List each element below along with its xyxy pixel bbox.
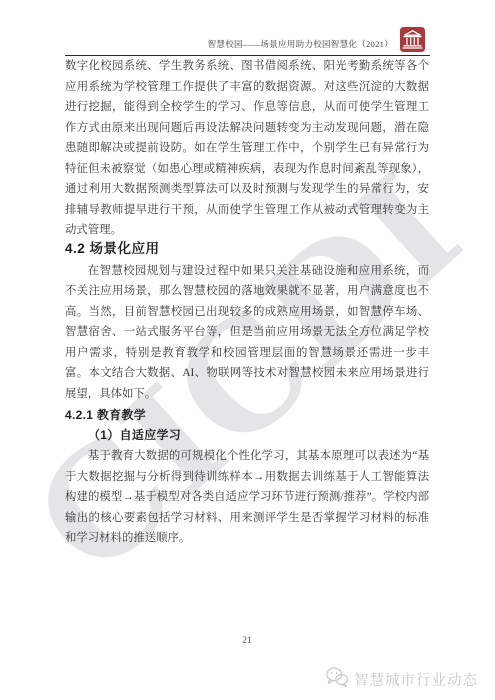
page-number: 21: [65, 636, 429, 646]
brand-name: 智慧城市行业动态: [354, 669, 478, 690]
header-running-title: 智慧校园——场景应用助力校园智慧化（2021）: [208, 38, 393, 50]
page-body: 数字化校园系统、学生教务系统、图书借阅系统、阳光考勤系统等各个应用系统为学校管理…: [65, 56, 429, 549]
section-heading-4-2: 4.2 场景化应用: [65, 240, 429, 257]
paragraph-adaptive-learning: 基于教育大数据的可规模化个性化学习，其基本原理可以表述为“基于大数据挖掘与分析得…: [65, 446, 429, 549]
subsection-heading-4-2-1: 4.2.1 教育教学: [65, 406, 429, 425]
document-page: CICDI 智慧校园——场景应用助力校园智慧化（2021） 数字化校园系统、学生…: [0, 0, 495, 700]
classical-building-logo-icon: [400, 27, 425, 52]
paragraph-scenario-overview: 在智慧校园规划与建设过程中如果只关注基础设施和应用系统，而不关注应用场景，那么智…: [65, 261, 429, 405]
brand-footer: 智慧城市行业动态: [325, 666, 478, 693]
item-heading-adaptive-learning: （1）自适应学习: [88, 426, 429, 445]
paragraph-continued: 数字化校园系统、学生教务系统、图书借阅系统、阳光考勤系统等各个应用系统为学校管理…: [65, 56, 429, 241]
wechat-icon: [325, 666, 349, 693]
